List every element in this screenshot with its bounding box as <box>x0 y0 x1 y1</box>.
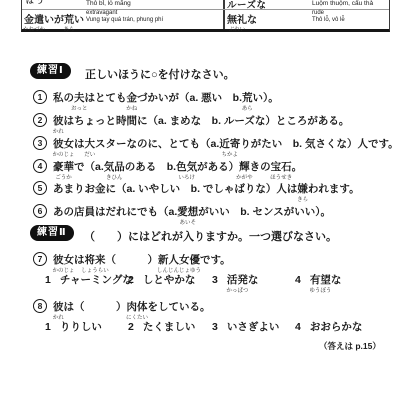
question-number: 6 <box>33 204 47 218</box>
text-run: 私の <box>53 90 74 105</box>
furigana: あいそ <box>180 218 197 226</box>
text-run: はとても <box>85 90 127 105</box>
text-with-furigana: 金遣かねづか <box>24 11 44 26</box>
text-run: で（a. <box>74 159 104 174</box>
question-number: 4 <box>33 159 47 173</box>
text-run: は <box>74 136 85 151</box>
text-with-furigana: 宝石ほうせき <box>271 159 292 174</box>
text-with-furigana: 愛想あいそ <box>177 204 198 219</box>
furigana: ゆうぼう <box>309 286 331 294</box>
option-label: 有望ゆうぼうな <box>310 274 342 286</box>
text-with-furigana: 嫌きら <box>297 181 308 196</box>
question-text: 私の夫おっとはとても金かねづかいが（a. 悪い b. 荒あらい）。 <box>53 92 279 104</box>
text-run: あの店員はだれにでも（a. <box>53 204 177 219</box>
translation-en: rude <box>312 10 345 17</box>
text-run: しとやかな <box>143 272 196 287</box>
question-text: 豪華ごうかで（a. 気品きひんのある b. 色気いろけがある）輝かがやきの宝石ほ… <box>53 161 302 173</box>
exercise2-label-text: 練習Ⅱ <box>37 227 67 238</box>
vocab-row-clipped: ぼう Thô bỉ, lỗ mãng ルーズな Luộm thuộm, cẩu … <box>22 0 389 9</box>
exercise2-label: 練習Ⅱ <box>30 225 74 241</box>
exercise1-label: 練習Ⅰ <box>30 63 71 79</box>
text-run: りがたい b. 気さくな）人です。 <box>240 136 398 151</box>
text-run: です。 <box>200 252 231 267</box>
text-run: スターなのに、とても（a. <box>95 136 219 151</box>
option-label: りりしい <box>60 321 102 333</box>
text-run: われます。 <box>308 181 360 196</box>
option-2: 2たくましい <box>128 319 212 334</box>
question-text: 彼女かのじょは大だいスターなのに、とても（a. 近寄ちかよりがたい b. 気さく… <box>53 138 399 150</box>
vocab-translation: rude Thô lỗ, vô lễ <box>312 10 345 24</box>
question-text: あの店員はだれにでも（a. 愛想あいそがいい b. センスがいい）。 <box>53 206 331 218</box>
question-3: 3彼女かのじょは大だいスターなのに、とても（a. 近寄ちかよりがたい b. 気さ… <box>33 134 399 152</box>
text-run: がいい b. センスがいい）。 <box>198 204 331 219</box>
question-text: あまりお金に（a. いやしい b. でしゃばりな）人は嫌きらわれます。 <box>53 183 360 195</box>
text-run: をしている。 <box>148 299 211 314</box>
translation-en: extravagant <box>86 10 163 17</box>
text-with-furigana: 豪華ごうか <box>53 159 74 174</box>
question-5: 5あまりお金に（a. いやしい b. でしゃばりな）人は嫌きらわれます。 <box>33 179 360 197</box>
text-run: づかいが（a. 悪い b. <box>137 90 242 105</box>
text-with-furigana: 彼女かのじょ <box>53 136 74 151</box>
vocab-translation: Thô bỉ, lỗ mãng <box>86 0 131 7</box>
exercise1-label-text: 練習Ⅰ <box>37 65 64 76</box>
vocab-row: 金遣かねづかいが荒あらい extravagant Vung tay quá tr… <box>22 9 389 29</box>
option-4: 4おおらかな <box>295 319 362 334</box>
text-run: は <box>74 252 85 267</box>
text-run: （ ） <box>106 252 159 267</box>
option-label: たくましい <box>143 321 196 333</box>
text-with-furigana: 新人女優しんじんじょゆう <box>158 252 200 267</box>
text-with-furigana: 荒あら <box>64 11 74 26</box>
text-run: いが <box>44 11 64 26</box>
question-8: 8彼かれは（ ）肉体にくたいをしている。 <box>33 297 211 315</box>
question-4: 4豪華ごうかで（a. 気品きひんのある b. 色気いろけがある）輝かがやきの宝石… <box>33 157 302 175</box>
text-run: い）。 <box>253 90 279 105</box>
answer-page-note: （答えは p.15） <box>319 340 381 352</box>
textbook-page: ぼう Thô bỉ, lỗ mãng ルーズな Luộm thuộm, cẩu … <box>0 0 400 400</box>
furigana: あら <box>63 25 74 33</box>
vocab-word: 無礼ぶれいな <box>227 11 257 26</box>
option-label: チャーミングな <box>60 274 133 286</box>
text-run: い <box>74 11 84 26</box>
text-with-furigana: 無礼ぶれい <box>227 11 247 26</box>
translation-vi: Thô lỗ, vô lễ <box>312 17 345 24</box>
option-number: 2 <box>128 321 134 333</box>
option-3: 3いさぎよい <box>212 319 295 334</box>
text-with-furigana: 色気いろけ <box>176 159 197 174</box>
question-text: 彼かれは（ ）肉体にくたいをしている。 <box>53 301 211 313</box>
text-with-furigana: 輝かがや <box>239 159 250 174</box>
question-number: 1 <box>33 90 47 104</box>
text-with-furigana: 彼女かのじょ <box>53 252 74 267</box>
text-run: あまりお金に（a. いやしい b. でしゃばりな）人は <box>53 181 297 196</box>
text-run: は（ ） <box>64 299 127 314</box>
options-question-7: 1チャーミングな2しとやかな3活発かっぱつな4有望ゆうぼうな <box>45 272 341 287</box>
question-1: 1私の夫おっとはとても金かねづかいが（a. 悪い b. 荒あらい）。 <box>33 88 279 106</box>
text-with-furigana: 近寄ちかよ <box>219 136 240 151</box>
option-2: 2しとやかな <box>128 272 212 287</box>
vocab-word: ルーズな <box>227 0 267 9</box>
option-label: おおらかな <box>310 321 363 333</box>
translation-vi: Vung tay quá trán, phung phí <box>86 17 163 24</box>
furigana: かねづか <box>23 25 45 33</box>
option-4: 4有望ゆうぼうな <box>295 272 341 287</box>
text-with-furigana: 活発かっぱつ <box>227 272 248 287</box>
question-7: 7彼女かのじょは将来しょうらい（ ）新人女優しんじんじょゆうです。 <box>33 250 231 268</box>
text-run: 。 <box>292 159 303 174</box>
furigana: ぶれい <box>229 25 246 33</box>
option-1: 1りりしい <box>45 319 128 334</box>
text-run: のある b. <box>125 159 176 174</box>
option-number: 1 <box>45 321 51 333</box>
question-text: 彼かれはちょっと時間に（a. まめな b. ルーズな）ところがある。 <box>53 115 349 127</box>
text-run: がある） <box>197 159 239 174</box>
options-question-8: 1りりしい2たくましい3いさぎよい4おおらかな <box>45 319 362 334</box>
vocab-word: 金遣かねづかいが荒あらい <box>24 11 84 26</box>
text-run: りりしい <box>60 319 102 334</box>
vocab-translation: extravagant Vung tay quá trán, phung phí <box>86 10 163 24</box>
text-with-furigana: 気品きひん <box>104 159 125 174</box>
clipped-furigana-fragment: ぼう <box>26 0 46 6</box>
vocab-translation: Luộm thuộm, cẩu thả <box>312 0 373 7</box>
text-with-furigana: 大だい <box>85 136 96 151</box>
option-label: 活発かっぱつな <box>227 274 259 286</box>
text-run: はちょっと時間に（a. まめな b. ルーズな）ところがある。 <box>64 113 350 128</box>
text-with-furigana: 夫おっと <box>74 90 85 105</box>
option-label: しとやかな <box>143 274 196 286</box>
question-2: 2彼かれはちょっと時間に（a. まめな b. ルーズな）ところがある。 <box>33 111 349 129</box>
text-run: たくましい <box>143 319 196 334</box>
vocab-table: ぼう Thô bỉ, lỗ mãng ルーズな Luộm thuộm, cẩu … <box>21 0 390 32</box>
question-number: 7 <box>33 252 47 266</box>
text-run: な <box>247 11 257 26</box>
question-number: 3 <box>33 136 47 150</box>
option-number: 4 <box>295 321 301 333</box>
option-number: 3 <box>212 274 218 286</box>
option-1: 1チャーミングな <box>45 272 128 287</box>
question-6: 6あの店員はだれにでも（a. 愛想あいそがいい b. センスがいい）。 <box>33 202 331 220</box>
text-with-furigana: 彼かれ <box>53 113 64 128</box>
option-number: 3 <box>212 321 218 333</box>
exercise1-instruction: 正しいほうに○を付けなさい。 <box>85 66 235 82</box>
option-number: 4 <box>295 274 301 286</box>
question-number: 5 <box>33 181 47 195</box>
text-run: チャーミングな <box>60 272 133 287</box>
text-with-furigana: 荒あら <box>242 90 253 105</box>
text-run: な <box>248 272 259 287</box>
option-label: いさぎよい <box>227 321 280 333</box>
text-run: きの <box>250 159 271 174</box>
question-number: 2 <box>33 113 47 127</box>
question-text: 彼女かのじょは将来しょうらい（ ）新人女優しんじんじょゆうです。 <box>53 254 231 266</box>
text-with-furigana: 金かね <box>127 90 138 105</box>
exercise2-instruction: （ ）にはどれが入りますか。一つ選びなさい。 <box>84 228 337 244</box>
option-number: 1 <box>45 274 51 286</box>
text-run: な <box>331 272 342 287</box>
furigana: かっぱつ <box>226 286 248 294</box>
text-run: おおらかな <box>310 319 363 334</box>
question-number: 8 <box>33 299 47 313</box>
text-with-furigana: 有望ゆうぼう <box>310 272 331 287</box>
option-3: 3活発かっぱつな <box>212 272 295 287</box>
text-with-furigana: 彼かれ <box>53 299 64 314</box>
text-with-furigana: 肉体にくたい <box>127 299 148 314</box>
text-with-furigana: 将来しょうらい <box>85 252 106 267</box>
text-run: いさぎよい <box>227 319 280 334</box>
